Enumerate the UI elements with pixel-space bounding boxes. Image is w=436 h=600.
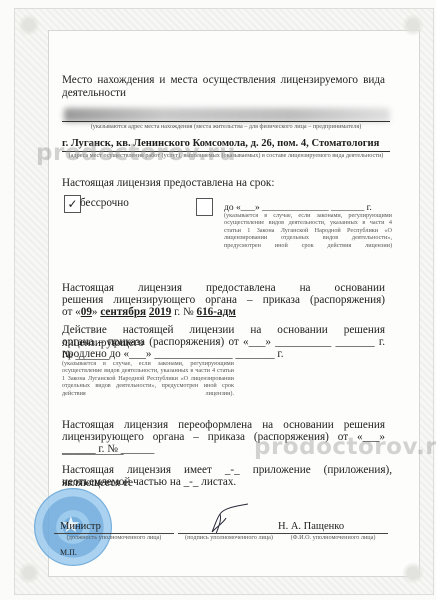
signer-name: Н. А. Пащенко — [278, 520, 386, 533]
check-icon: ✓ — [67, 197, 77, 211]
watermark: prodoctorov.ru — [254, 434, 436, 460]
ornament-corner — [400, 12, 426, 38]
term-unlimited-checkbox[interactable]: ✓ — [64, 195, 81, 213]
basis-prefix: от « — [62, 306, 81, 318]
basis-year: 2019 — [149, 306, 171, 318]
basis-month: сентября — [100, 306, 146, 318]
stamp-label: М.П. — [60, 546, 77, 559]
ornament-corner — [16, 12, 42, 38]
location-heading-text: Место нахождения и места осуществления л… — [62, 74, 385, 99]
term-unlimited-label: бессрочно — [80, 197, 129, 210]
basis-day: 09 — [81, 306, 92, 318]
basis-number-label: г. № — [171, 306, 196, 318]
position-hint: (должность уполномоченного лица) — [54, 534, 174, 541]
ornament-corner — [400, 560, 426, 586]
address-underline — [62, 121, 390, 122]
signature-hint: (подпись уполномоченного лица) — [178, 534, 280, 541]
name-hint: (Ф.И.О. уполномоченного лица) — [278, 534, 388, 541]
address-hint: (указываются адрес места нахождения (мес… — [62, 123, 390, 130]
ornament-corner — [16, 560, 42, 586]
signature-icon — [200, 502, 250, 536]
basis-number: 616-адм — [196, 306, 235, 318]
appendix-line-2: неотъемлемой частью на _-_ листах. — [62, 476, 392, 489]
term-note: (указывается в случае, если законами, ре… — [224, 212, 392, 249]
watermark: prodoctorov.ru — [36, 140, 236, 166]
term-heading: Настоящая лицензия предоставлена на срок… — [62, 177, 362, 190]
basis-date-line: от «09» сентября 2019 г. № 616-адм — [62, 306, 385, 319]
license-page: Место нахождения и места осуществления л… — [0, 0, 436, 600]
redacted-address — [64, 108, 390, 122]
extension-note: (указывается в случае, если законами, ре… — [62, 360, 234, 397]
term-until-checkbox[interactable] — [196, 198, 213, 216]
position-value: Министр — [60, 520, 170, 533]
location-heading: Место нахождения и места осуществления л… — [62, 74, 385, 100]
